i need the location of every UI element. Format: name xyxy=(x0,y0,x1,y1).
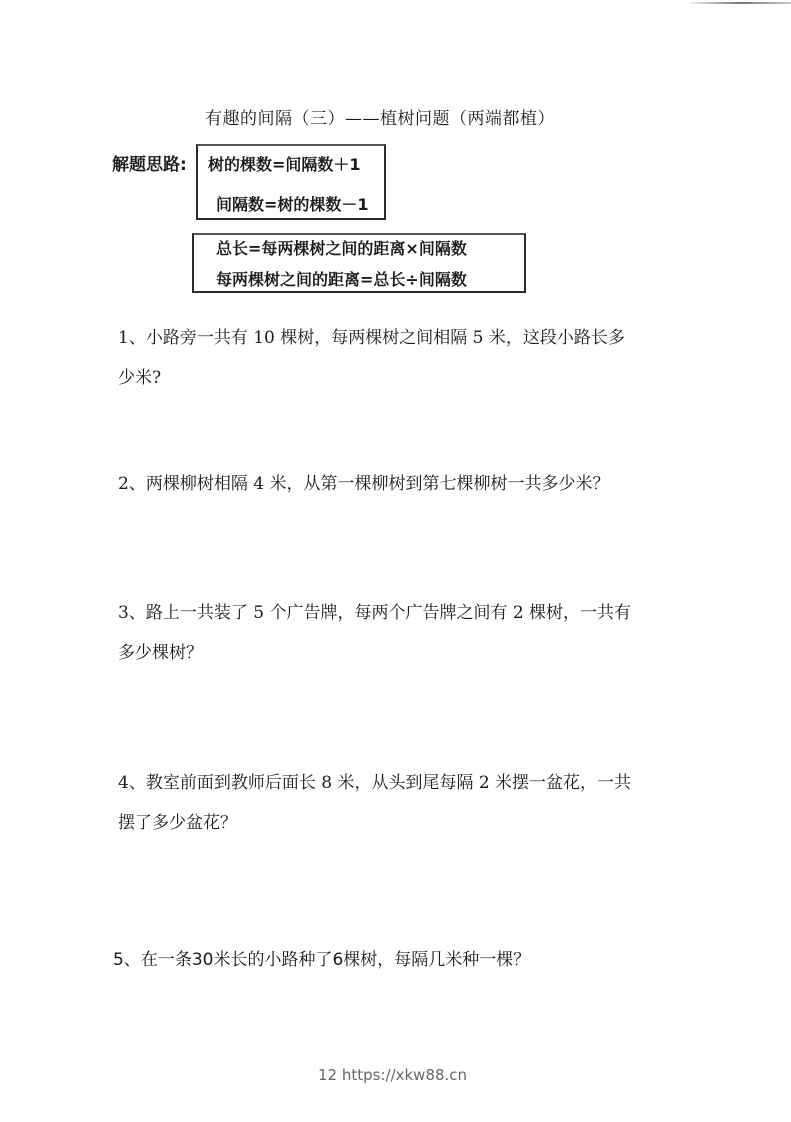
question-1-line-1: 1、小路旁一共有 10 棵树，每两棵树之间相隔 5 米，这段小路长多 xyxy=(118,318,625,358)
question-5: 5、在一条30米长的小路种了6棵树，每隔几米种一棵？ xyxy=(113,940,530,980)
formula-box-length: 总长=每两棵树之间的距离×间隔数 每两棵树之间的距离=总长÷间隔数 xyxy=(192,233,526,293)
formula-distance: 每两棵树之间的距离=总长÷间隔数 xyxy=(216,267,467,290)
formula-tree-count: 树的棵数=间隔数＋1 xyxy=(208,152,361,175)
question-4-line-2: 摆了多少盆花？ xyxy=(118,803,631,843)
question-3-line-2: 多少棵树？ xyxy=(118,633,631,673)
question-1-line-2: 少米? xyxy=(118,358,625,398)
question-4-line-1: 4、教室前面到教师后面长 8 米，从头到尾每隔 2 米摆一盆花，一共 xyxy=(118,763,631,803)
question-2: 2、两棵柳树相隔 4 米，从第一棵柳树到第七棵柳树一共多少米？ xyxy=(118,464,609,504)
formula-interval-count: 间隔数=树的棵数－1 xyxy=(216,192,369,215)
question-1: 1、小路旁一共有 10 棵树，每两棵树之间相隔 5 米，这段小路长多 少米? xyxy=(118,318,625,398)
question-2-line-1: 2、两棵柳树相隔 4 米，从第一棵柳树到第七棵柳树一共多少米？ xyxy=(118,464,609,504)
solution-approach-label: 解题思路: xyxy=(112,150,187,175)
scan-artifact-line xyxy=(690,2,791,4)
formula-total-length: 总长=每两棵树之间的距离×间隔数 xyxy=(216,236,467,259)
question-4: 4、教室前面到教师后面长 8 米，从头到尾每隔 2 米摆一盆花，一共 摆了多少盆… xyxy=(118,763,631,843)
question-5-line-1: 5、在一条30米长的小路种了6棵树，每隔几米种一棵？ xyxy=(113,940,530,980)
formula-box-tree-count: 树的棵数=间隔数＋1 间隔数=树的棵数－1 xyxy=(196,144,386,220)
page-title: 有趣的间隔（三）——植树问题（两端都植） xyxy=(205,104,555,129)
question-3: 3、路上一共装了 5 个广告牌，每两个广告牌之间有 2 棵树，一共有 多少棵树？ xyxy=(118,593,631,673)
page-footer: 12 https://xkw88.cn xyxy=(318,1066,467,1084)
question-3-line-1: 3、路上一共装了 5 个广告牌，每两个广告牌之间有 2 棵树，一共有 xyxy=(118,593,631,633)
